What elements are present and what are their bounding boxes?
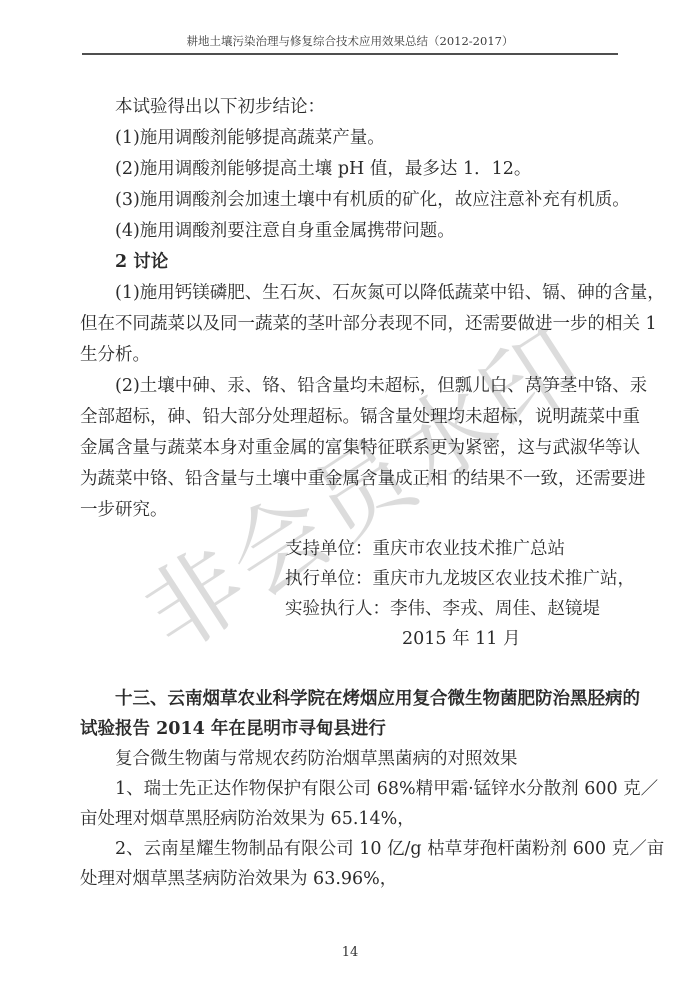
signature-date: 2015 年 11 月 — [402, 624, 622, 654]
conclusion-item-4: (4)施用调酸剂要注意自身重金属携带问题。 — [80, 216, 622, 247]
section13-item1-line-1: 1、瑞士先正达作物保护有限公司 68%精甲霜·锰锌水分散剂 600 克／ — [80, 774, 622, 804]
discussion-para2-line-5: 一步研究。 — [80, 495, 622, 526]
discussion-para2-line-4: 为蔬菜中铬、铅含量与土壤中重金属含量成正相 的结果不一致，还需要进 — [80, 464, 622, 495]
conclusions-intro-line: 本试验得出以下初步结论： — [80, 92, 622, 123]
section13-subtitle: 复合微生物菌与常规农药防治烟草黑菌病的对照效果 — [80, 744, 622, 774]
section13-item2-line-2: 处理对烟草黑茎病防治效果为 63.96%， — [80, 864, 622, 894]
discussion-para2-line-2: 全部超标，砷、铅大部分处理超标。镉含量处理均未超标，说明蔬菜中重 — [80, 402, 622, 433]
discussion-para1-line-1: (1)施用钙镁磷肥、生石灰、石灰氮可以降低蔬菜中铅、镉、砷的含量， — [80, 278, 622, 309]
document-body: 本试验得出以下初步结论： (1)施用调酸剂能够提高蔬菜产量。 (2)施用调酸剂能… — [80, 92, 622, 894]
signature-executing-unit: 执行单位：重庆市九龙坡区农业技术推广站， — [285, 564, 622, 594]
discussion-para2-line-3: 金属含量与蔬菜本身对重金属的富集特征联系更为紧密，这与武淑华等认 — [80, 433, 622, 464]
conclusion-item-2: (2)施用调酸剂能够提高土壤 pH 值，最多达 1．12。 — [80, 154, 622, 185]
discussion-para2-line-1: (2)土壤中砷、汞、铬、铅含量均未超标，但瓢儿白、莴笋茎中铬、汞 — [80, 371, 622, 402]
conclusion-item-3: (3)施用调酸剂会加速土壤中有机质的矿化，故应注意补充有机质。 — [80, 185, 622, 216]
section13-item1-line-2: 亩处理对烟草黑胫病防治效果为 65.14%， — [80, 804, 622, 834]
discussion-heading: 2 讨论 — [80, 247, 622, 278]
page-number: 14 — [0, 945, 700, 960]
section13-heading-line-2: 试验报告 2014 年在昆明市寻甸县进行 — [80, 714, 622, 744]
discussion-para1-line-3: 生分析。 — [80, 340, 622, 371]
signature-support-unit: 支持单位：重庆市农业技术推广总站 — [285, 534, 622, 564]
section13-heading-line-1: 十三、云南烟草农业科学院在烤烟应用复合微生物菌肥防治黑胫病的 — [80, 684, 622, 714]
running-header-title: 耕地土壤污染治理与修复综合技术应用效果总结（2012-2017） — [187, 34, 514, 48]
section13-item2-line-1: 2、云南星耀生物制品有限公司 10 亿/g 枯草芽孢杆菌粉剂 600 克／亩 — [80, 834, 622, 864]
document-page: 非会员水印 耕地土壤污染治理与修复综合技术应用效果总结（2012-2017） 本… — [0, 0, 700, 990]
discussion-para1-line-2: 但在不同蔬菜以及同一蔬菜的茎叶部分表现不同，还需要做进一步的相关 1 — [80, 309, 622, 340]
conclusion-item-1: (1)施用调酸剂能够提高蔬菜产量。 — [80, 123, 622, 154]
signature-executors: 实验执行人：李伟、李戎、周佳、赵镜堤 — [285, 594, 622, 624]
running-header: 耕地土壤污染治理与修复综合技术应用效果总结（2012-2017） — [82, 33, 618, 55]
